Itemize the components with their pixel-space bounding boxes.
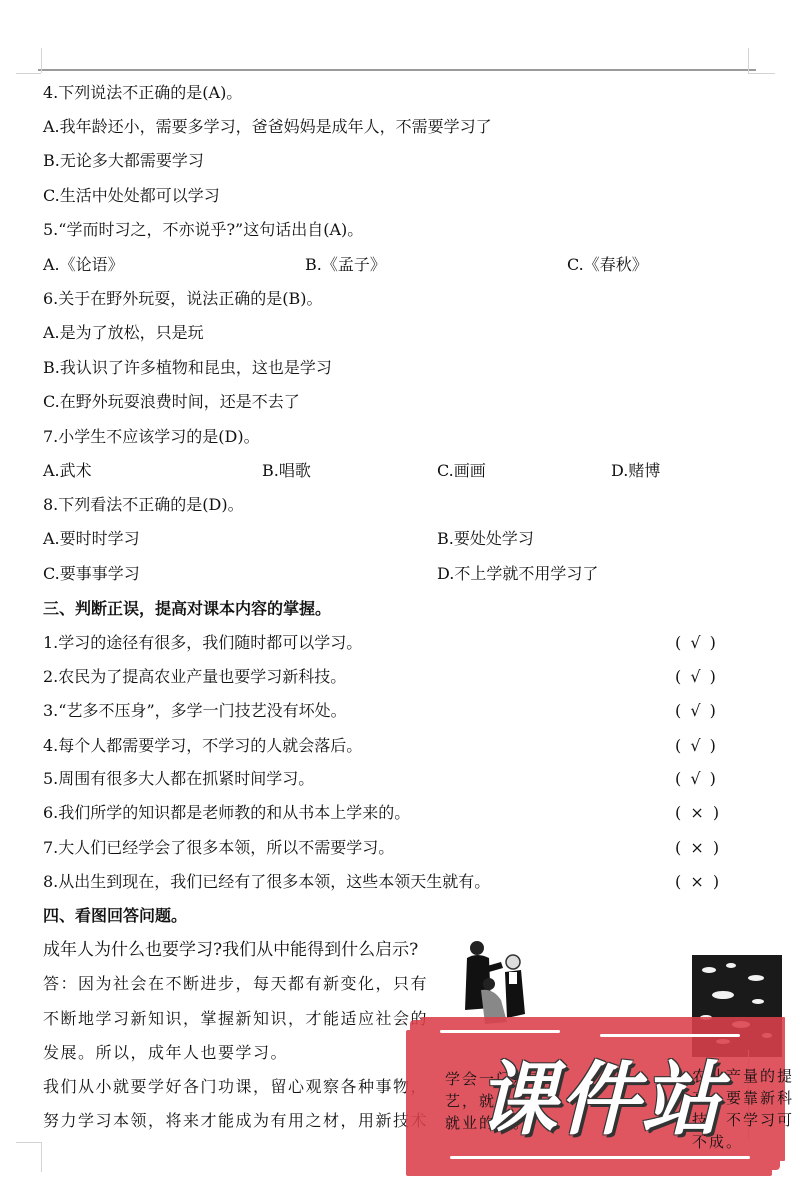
question-7-option-d: D.赌博 [611,461,660,481]
judge-item-3: 3.“艺多不压身”，多学一门技艺没有坏处。 [43,701,347,721]
question-6-option-b: B.我认识了许多植物和昆虫，这也是学习 [43,358,332,378]
judge-mark-5: ( √ ) [675,769,718,789]
question-4-option-a: A.我年龄还小，需要多学习，爸爸妈妈是成年人，不需要学习了 [43,117,492,137]
question-5: 5.“学而时习之，不亦说乎?”这句话出自(A)。 [43,220,363,240]
judge-item-4: 4.每个人都需要学习，不学习的人就会落后。 [43,736,362,756]
corner-mark-bottom-left [16,1142,41,1143]
section-4-question: 成年人为什么也要学习?我们从中能得到什么启示? [43,940,418,960]
question-8: 8.下列看法不正确的是(D)。 [43,495,244,515]
judge-item-8: 8.从出生到现在，我们已经有了很多本领，这些本领天生就有。 [43,872,490,892]
watermark-text: 课件站 [430,1055,770,1145]
question-4: 4.下列说法不正确的是(A)。 [43,83,242,103]
answer-line-1: 答：因为社会在不断进步，每天都有新变化，只有 [43,974,428,994]
question-6-option-c: C.在野外玩耍浪费时间，还是不去了 [43,392,300,412]
answer-line-2: 不断地学习新知识，掌握新知识，才能适应社会的 [43,1009,428,1029]
question-4-option-c: C.生活中处处都可以学习 [43,186,220,206]
question-4-option-b: B.无论多大都需要学习 [43,151,204,171]
question-8-option-c: C.要事事学习 [43,564,140,584]
judge-item-6: 6.我们所学的知识都是老师教的和从书本上学来的。 [43,803,410,823]
corner-mark-top-left [16,73,41,74]
header-rule [38,69,756,71]
judge-item-5: 5.周围有很多大人都在抓紧时间学习。 [43,769,314,789]
question-7: 7.小学生不应该学习的是(D)。 [43,427,260,447]
hairdresser-illustration [455,938,535,1026]
question-6: 6.关于在野外玩耍，说法正确的是(B)。 [43,289,323,309]
corner-mark-bottom-left [41,1142,42,1172]
question-8-option-b: B.要处处学习 [437,529,534,549]
section-3-title: 三、判断正误，提高对课本内容的掌握。 [43,599,331,619]
question-7-option-a: A.武术 [43,461,92,481]
section-4-title: 四、看图回答问题。 [43,906,187,926]
judge-mark-4: ( √ ) [675,736,718,756]
corner-mark-top-right [748,48,749,73]
question-5-option-a: A.《论语》 [43,255,124,275]
judge-mark-3: ( √ ) [675,701,718,721]
judge-item-2: 2.农民为了提高农业产量也要学习新科技。 [43,667,346,687]
stamp-edge [600,1034,740,1037]
question-7-option-c: C.画画 [437,461,486,481]
judge-item-7: 7.大人们已经学会了很多本领，所以不需要学习。 [43,838,394,858]
judge-item-1: 1.学习的途径有很多，我们随时都可以学习。 [43,633,362,653]
judge-mark-6: ( × ) [675,803,721,823]
judge-mark-8: ( × ) [675,872,721,892]
answer-line-3: 发展。所以，成年人也要学习。 [43,1043,288,1063]
answer-line-5: 努力学习本领，将来才能成为有用之材，用新技术 [43,1111,428,1131]
question-8-option-a: A.要时时学习 [43,529,140,549]
question-6-option-a: A.是为了放松，只是玩 [43,323,204,343]
question-8-option-d: D.不上学就不用学习了 [437,564,598,584]
question-5-option-c: C.《春秋》 [567,255,648,275]
judge-mark-2: ( √ ) [675,667,718,687]
stamp-edge [450,1156,750,1159]
answer-line-4: 我们从小就要学好各门功课，留心观察各种事物， [43,1077,428,1097]
corner-mark-top-right [748,73,775,74]
question-7-option-b: B.唱歌 [262,461,311,481]
question-5-option-b: B.《孟子》 [305,255,386,275]
judge-mark-7: ( × ) [675,838,721,858]
stamp-edge [440,1030,560,1033]
judge-mark-1: ( √ ) [675,633,718,653]
corner-mark-top-left [41,48,42,73]
